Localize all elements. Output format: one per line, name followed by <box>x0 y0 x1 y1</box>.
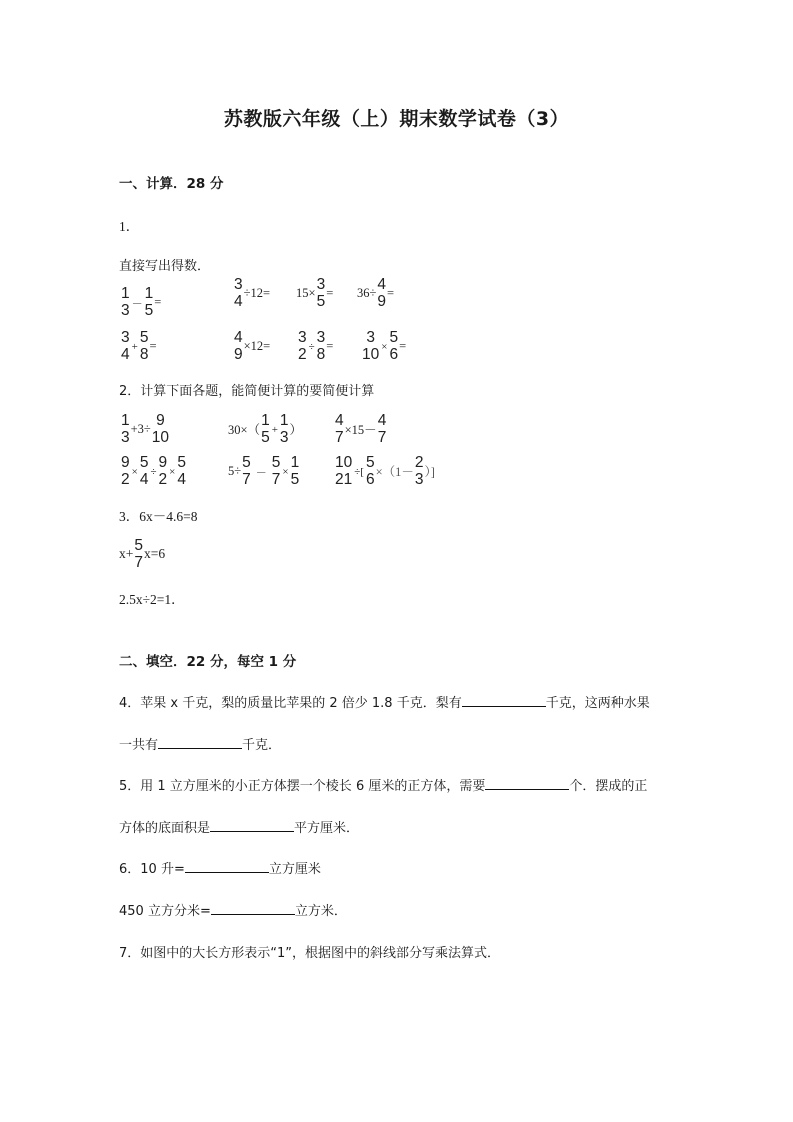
expr-q2-5: 5÷ 57 － 57 × 15 <box>228 454 300 488</box>
expr-1-4: 36÷ 49 = <box>357 276 394 310</box>
answer-blank[interactable] <box>185 858 269 873</box>
fraction: 54 <box>140 454 149 488</box>
question-6-line2: 450 立方分米=立方米． <box>119 900 347 919</box>
question-3-eq2: x+ 57 x=6 <box>119 537 165 571</box>
fraction: 15 <box>145 285 154 319</box>
expr-1-2: 34 ÷12= <box>233 276 270 310</box>
question-6-line1: 6．10 升=立方厘米 <box>119 858 321 877</box>
fraction: 310 <box>362 329 379 363</box>
expr-q2-3: 47 ×15－ 47 <box>334 412 387 446</box>
expr-2-2: 49 ×12= <box>233 329 270 363</box>
fraction: 57 <box>242 454 251 488</box>
expr-2-4: 310 × 56 = <box>361 329 406 363</box>
fraction: 38 <box>317 329 326 363</box>
question-5-line1: 5．用 1 立方厘米的小正方体摆一个棱长 6 厘米的正方体，需要个．摆成的正 <box>119 775 647 794</box>
page-title: 苏教版六年级（上）期末数学试卷（3） <box>0 104 793 131</box>
question-1-number: 1． <box>119 215 139 235</box>
expr-2-1: 34 + 58 = <box>120 329 157 363</box>
fraction: 92 <box>121 454 130 488</box>
expr-q2-4: 92 × 54 ÷ 92 × 54 <box>120 454 187 488</box>
fraction: 15 <box>261 412 270 446</box>
section-heading-calculation: 一、计算．28 分 <box>119 172 224 192</box>
expr-q2-2: 30×（ 15 + 13 ） <box>228 412 302 446</box>
fraction: 54 <box>177 454 186 488</box>
fraction: 49 <box>234 329 243 363</box>
fraction: 47 <box>378 412 387 446</box>
fraction: 49 <box>377 276 386 310</box>
fraction: 1021 <box>335 454 352 488</box>
fraction: 56 <box>389 329 398 363</box>
fraction: 35 <box>317 276 326 310</box>
question-5-line2: 方体的底面积是平方厘米． <box>119 817 359 836</box>
question-4-line1: 4．苹果 x 千克，梨的质量比苹果的 2 倍少 1.8 千克．梨有千克，这两种水… <box>119 692 650 711</box>
expr-1-1: 13 － 15 = <box>120 285 161 319</box>
fraction: 32 <box>298 329 307 363</box>
fraction: 56 <box>366 454 375 488</box>
fraction: 58 <box>140 329 149 363</box>
answer-blank[interactable] <box>210 817 294 832</box>
question-3-eq1: 3．6x－4.6=8 <box>119 505 198 525</box>
fraction: 34 <box>121 329 130 363</box>
fraction: 47 <box>335 412 344 446</box>
fraction: 34 <box>234 276 243 310</box>
question-2-text: 2．计算下面各题，能简便计算的要简便计算 <box>119 380 374 399</box>
answer-blank[interactable] <box>211 900 295 915</box>
fraction: 13 <box>121 285 130 319</box>
question-4-line2: 一共有千克． <box>119 734 281 753</box>
fraction: 92 <box>159 454 168 488</box>
fraction: 15 <box>291 454 300 488</box>
fraction: 57 <box>272 454 281 488</box>
fraction: 13 <box>121 412 130 446</box>
fraction: 13 <box>280 412 289 446</box>
answer-blank[interactable] <box>485 775 569 790</box>
question-3-eq3: 2.5x÷2=1． <box>119 588 185 608</box>
expr-1-3: 15× 35 = <box>296 276 333 310</box>
expr-2-3: 32 ÷ 38 = <box>297 329 333 363</box>
fraction: 57 <box>134 537 143 571</box>
fraction: 23 <box>415 454 424 488</box>
fraction: 910 <box>152 412 169 446</box>
expr-q2-6: 1021 ÷[ 56 ×（1－ 23 ）] <box>334 454 435 488</box>
question-1-instruction: 直接写出得数． <box>119 255 210 274</box>
question-7-text: 7．如图中的大长方形表示“1”，根据图中的斜线部分写乘法算式． <box>119 942 500 961</box>
answer-blank[interactable] <box>462 692 546 707</box>
expr-q2-1: 13 +3÷ 910 <box>120 412 170 446</box>
answer-blank[interactable] <box>158 734 242 749</box>
section-heading-fill-in: 二、填空．22 分，每空 1 分 <box>119 650 296 670</box>
